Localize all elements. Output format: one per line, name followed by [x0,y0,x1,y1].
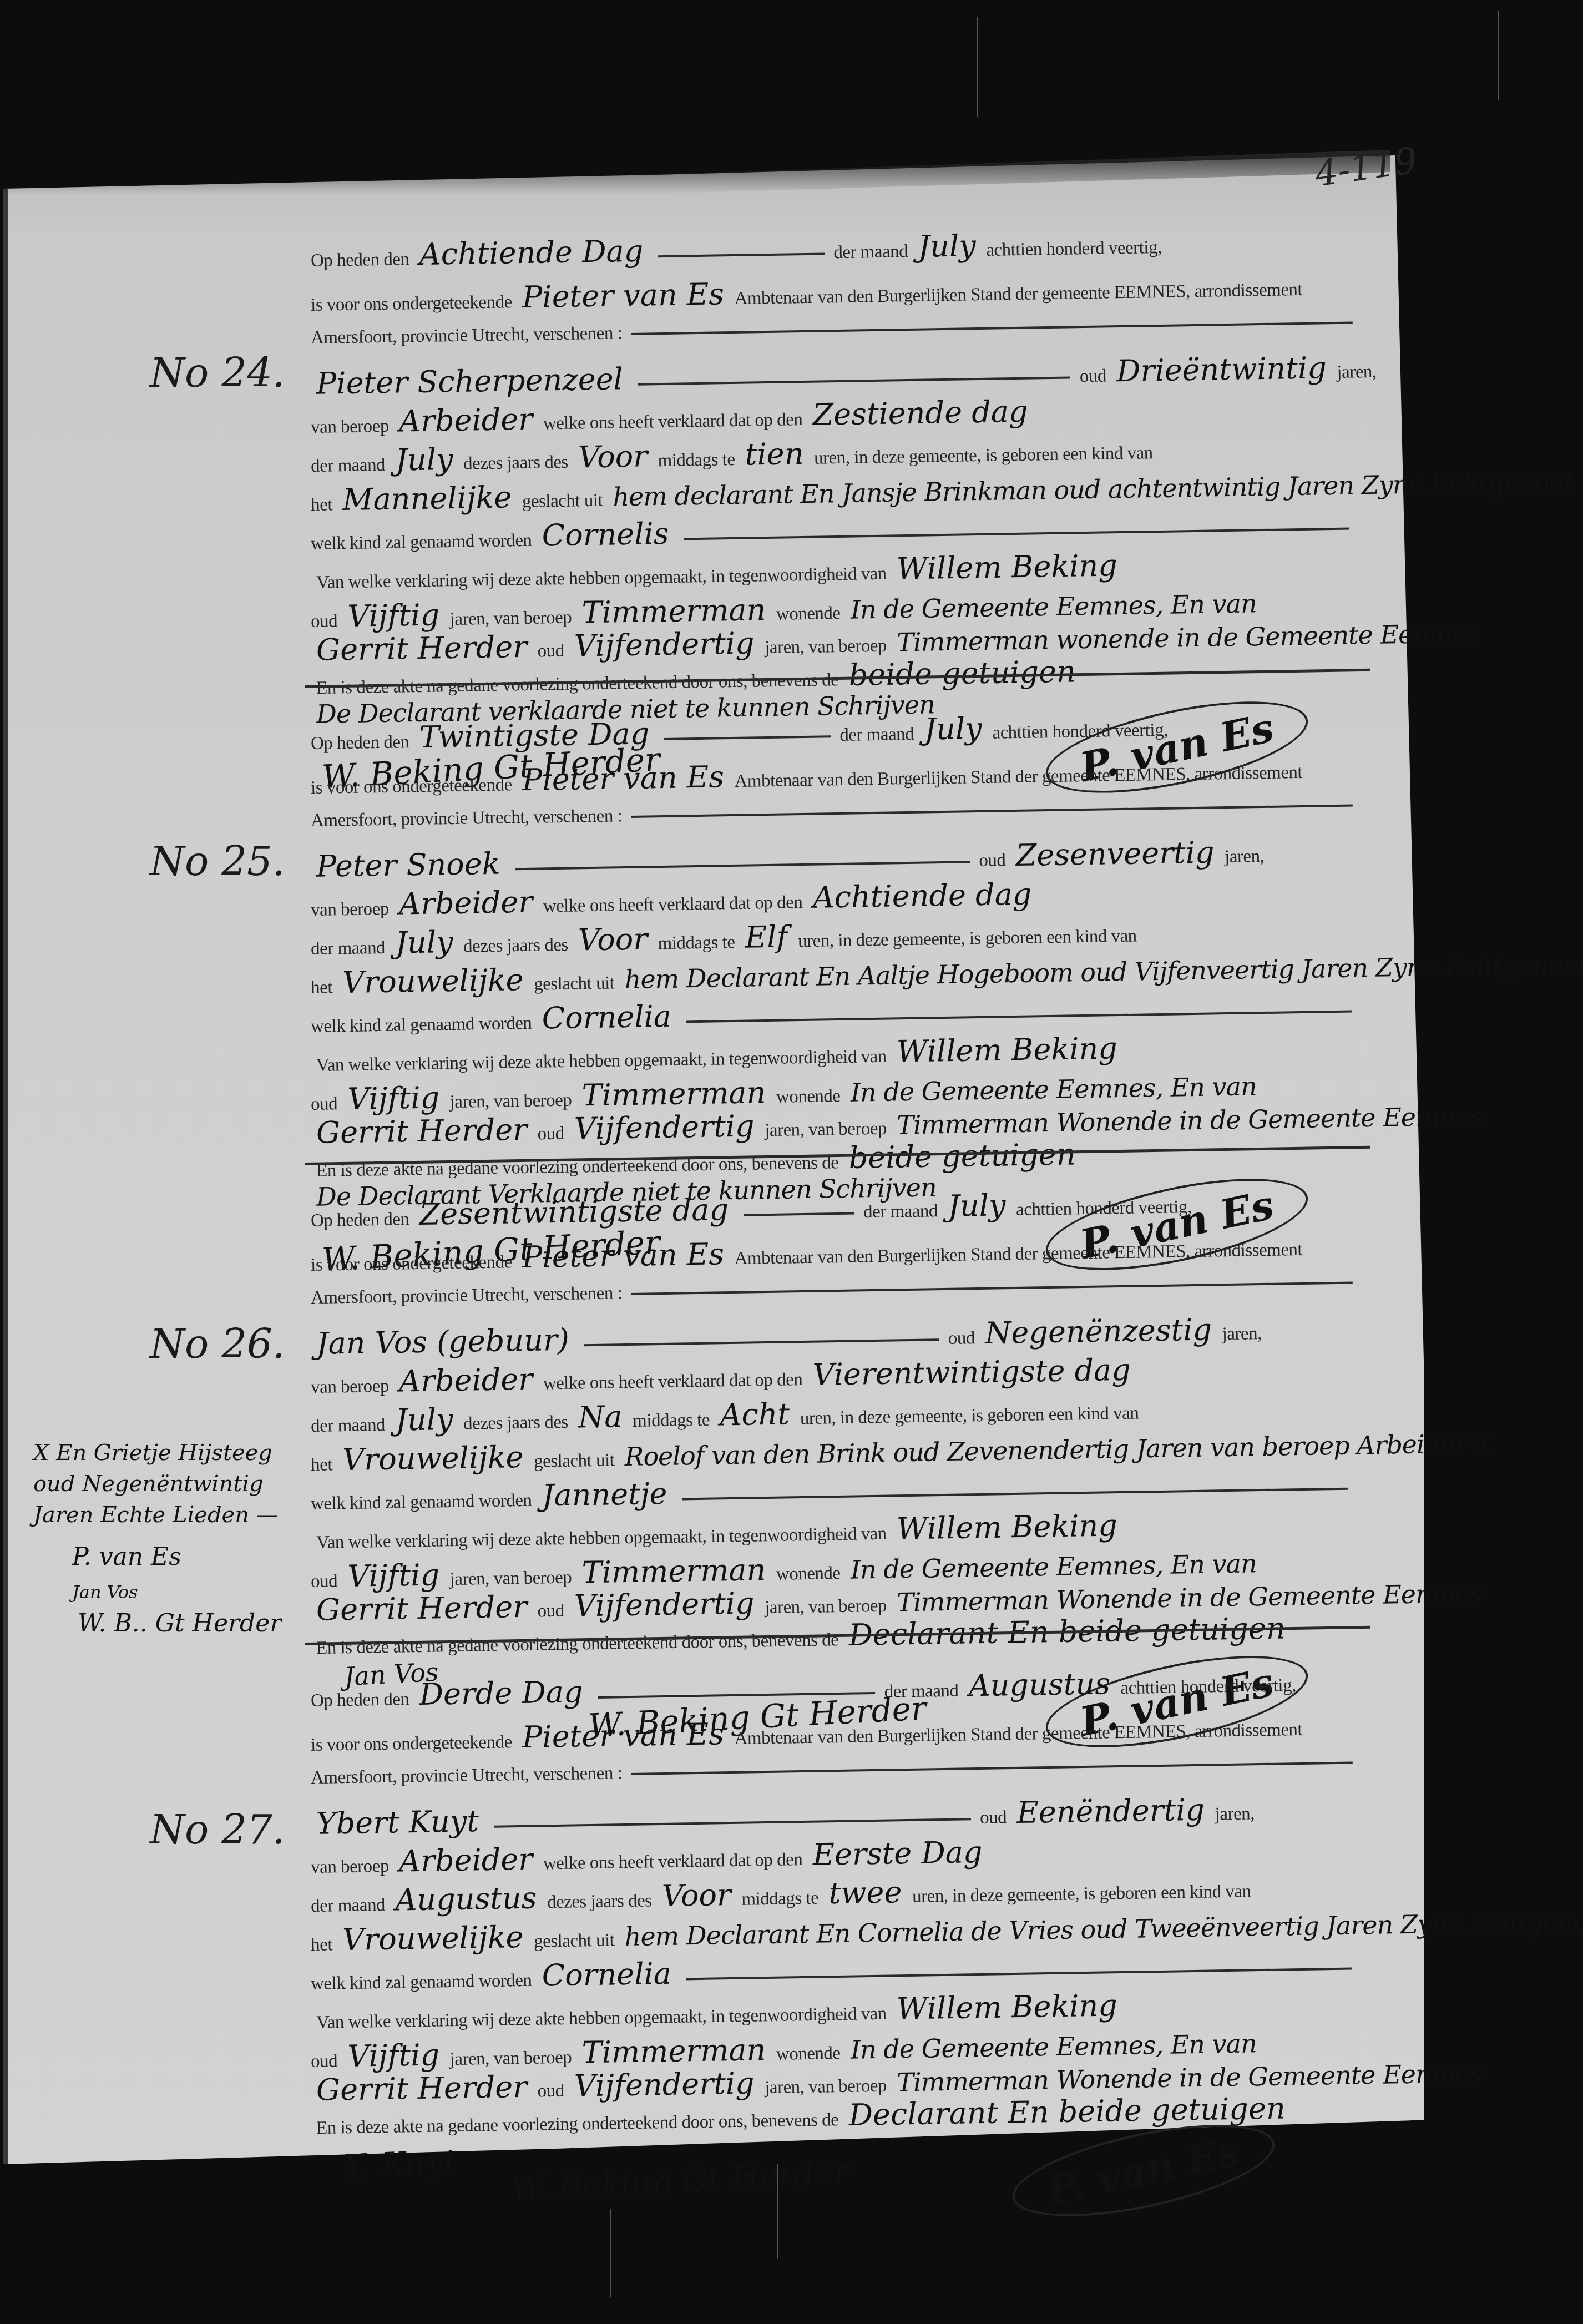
record-day: Derde Dag [413,1674,589,1712]
witness1-age: Vijftig [342,1557,446,1594]
birth-day: Eerste Dag [807,1835,988,1872]
witness2-name: Gerrit Herder [311,629,533,668]
declarant-age: Drieëntwintig [1111,350,1333,388]
birth-month: Augustus [390,1880,543,1917]
record-number: No 26. [150,1321,285,1367]
record-month: Augustus [963,1666,1116,1703]
declarant-occupation: Arbeider [393,402,539,439]
child-sex: Mannelijke [337,479,518,517]
time-of-day: Na [573,1399,628,1435]
margin-annotation: X En Grietje Hijsteeg oud Negenëntwintig… [33,1437,294,1530]
birth-hour: tien [739,436,810,472]
declarant-age: Negenënzestig [979,1312,1218,1351]
witness1-age: Vijftig [342,2037,446,2074]
witness1-name: Willem Beking [891,1988,1124,2027]
time-of-day: Voor [573,438,654,474]
official-name: Pieter van Es [517,276,730,315]
time-of-day: Voor [573,921,654,957]
record-number: No 27. [150,1806,285,1853]
record-day: Achtiende Dag [413,233,649,272]
witness2-age: Vijfendertig [569,1585,761,1623]
margin-witness-signatures: W. B.. Gt Herder [78,1609,281,1638]
witness1-occupation: Timmerman [576,2032,772,2070]
declarant-signature: Y. Kuyt [343,2142,457,2186]
witness1-age: Vijftig [342,1080,446,1116]
record-month: July [918,711,988,747]
film-scratch [1498,11,1499,100]
witness2-name: Gerrit Herder [311,1112,533,1150]
page-number: 4-119 [1313,140,1420,195]
declarant-occupation: Arbeider [393,885,539,922]
film-scratch [610,2209,611,2297]
birth-hour: Acht [714,1396,796,1432]
record-number: No 25. [150,838,285,885]
film-scratch [977,17,978,117]
declarant-age: Eenëndertig [1011,1792,1211,1831]
child-name: Jannetje [536,1476,673,1513]
declarant-name: Pieter Scherpenzeel [311,361,629,401]
declarant-age: Zesenveertig [1010,835,1220,873]
record-number: No 24. [150,350,285,396]
official-name: Pieter van Es [517,1236,730,1275]
witness1-name: Willem Beking [891,1030,1124,1069]
declarant-occupation: Arbeider [393,1362,539,1399]
record-day: Zesentwintigste dag [413,1192,734,1232]
child-name: Cornelis [536,516,675,553]
child-sex: Vrouwelijke [337,962,529,1000]
birth-day: Zestiende dag [807,394,1034,432]
declarant-name: Jan Vos (gebuur) [311,1322,575,1361]
margin-official-signature: P. van Es [72,1543,181,1571]
record-month: July [912,228,982,264]
birth-month: July [390,924,459,961]
birth-month: July [390,1402,459,1438]
child-sex: Vrouwelijke [337,1439,529,1477]
birth-day: Achtiende dag [807,876,1038,915]
birth-hour: Elf [739,919,793,955]
child-name: Cornelia [536,999,677,1036]
time-of-day: Voor [656,1877,737,1913]
margin-declarant-signature: Jan Vos [72,1582,138,1603]
official-name: Pieter van Es [517,1716,730,1755]
witness1-occupation: Timmerman [576,1075,772,1113]
witness1-occupation: Timmerman [576,1552,772,1590]
witness2-name: Gerrit Herder [311,2069,533,2108]
birth-hour: twee [823,1875,908,1911]
birth-month: July [390,442,459,478]
witness2-name: Gerrit Herder [311,1589,533,1628]
official-name: Pieter van Es [517,759,730,797]
witness1-age: Vijftig [342,597,446,634]
witness1-occupation: Timmerman [576,592,772,630]
witness1-name: Willem Beking [891,1508,1124,1547]
witness2-age: Vijfendertig [569,2065,761,2103]
witness2-age: Vijfendertig [569,1108,761,1146]
record-month: July [942,1188,1011,1224]
witness2-age: Vijfendertig [569,625,761,663]
declarant-name: Ybert Kuyt [311,1803,485,1841]
declarant-name: Peter Snoek [311,846,506,884]
witness1-name: Willem Beking [891,548,1124,587]
child-name: Cornelia [536,1956,677,1993]
record-day: Twintigste Dag [413,716,655,755]
birth-day: Vierentwintigste dag [807,1352,1136,1392]
child-sex: Vrouwelijke [337,1919,529,1957]
declarant-occupation: Arbeider [393,1842,539,1879]
witness-signatures: W. Beking Gt Herder [510,2153,850,2208]
